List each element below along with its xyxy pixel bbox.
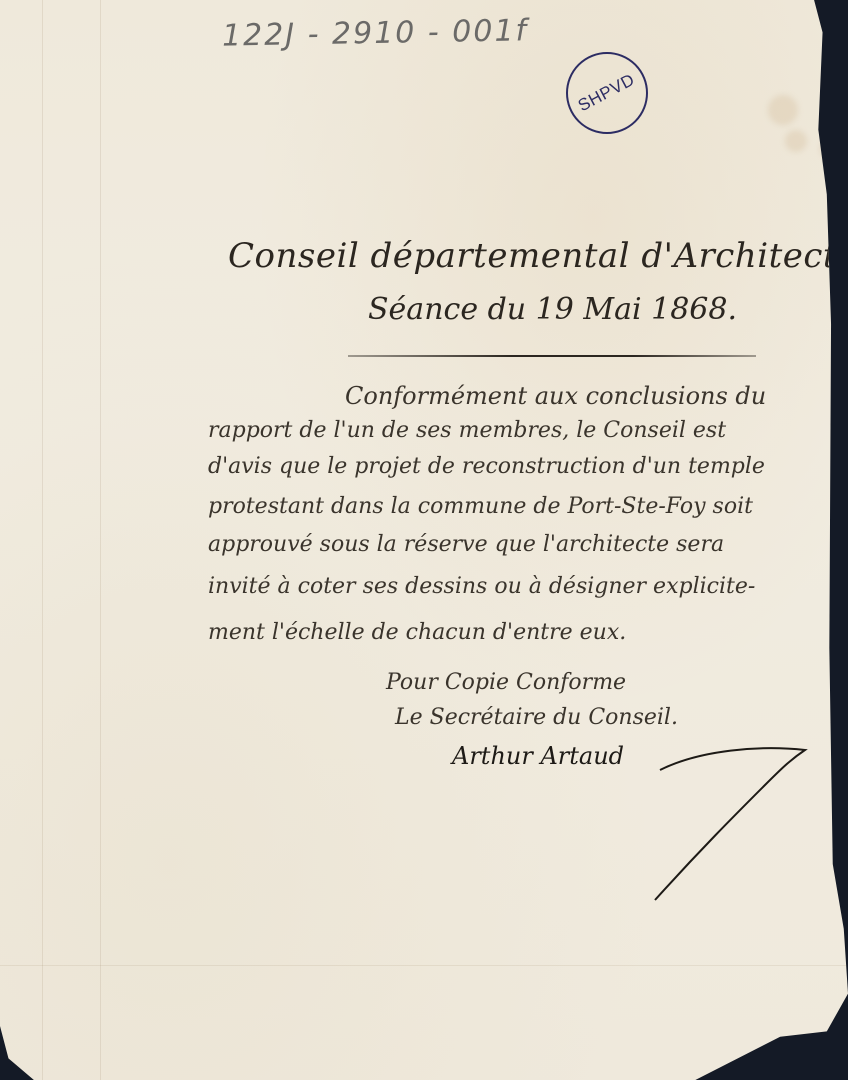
signature-flourish-icon: [640, 740, 820, 910]
foxing-stain: [768, 95, 798, 125]
body-line: Conformément aux conclusions du: [345, 382, 766, 410]
archive-reference: 122J - 2910 - 001f: [222, 13, 529, 53]
foxing-stain: [820, 140, 838, 158]
closing-line-1: Pour Copie Conforme: [386, 670, 626, 695]
institution-stamp: SHPVD: [566, 52, 648, 134]
heading-line-1: Conseil départemental d'Architecture.: [228, 236, 848, 276]
paper-fold: [42, 0, 43, 1080]
stamp-text: SHPVD: [575, 70, 638, 116]
document-page: 122J - 2910 - 001f SHPVD Conseil départe…: [0, 0, 848, 1080]
body-line: protestant dans la commune de Port-Ste-F…: [208, 494, 753, 519]
body-line: rapport de l'un de ses membres, le Conse…: [208, 418, 726, 443]
heading-line-2: Séance du 19 Mai 1868.: [368, 292, 737, 327]
signature: Arthur Artaud: [452, 742, 624, 770]
paper-fold: [0, 965, 848, 966]
paper-fold: [100, 0, 101, 1080]
closing-line-2: Le Secrétaire du Conseil.: [395, 705, 678, 730]
body-line: ment l'échelle de chacun d'entre eux.: [208, 620, 626, 645]
body-line: invité à coter ses dessins ou à désigner…: [208, 574, 755, 599]
divider-rule: [348, 355, 756, 357]
body-line: approuvé sous la réserve que l'architect…: [208, 532, 724, 557]
body-line: d'avis que le projet de reconstruction d…: [208, 454, 765, 479]
foxing-stain: [785, 130, 807, 152]
